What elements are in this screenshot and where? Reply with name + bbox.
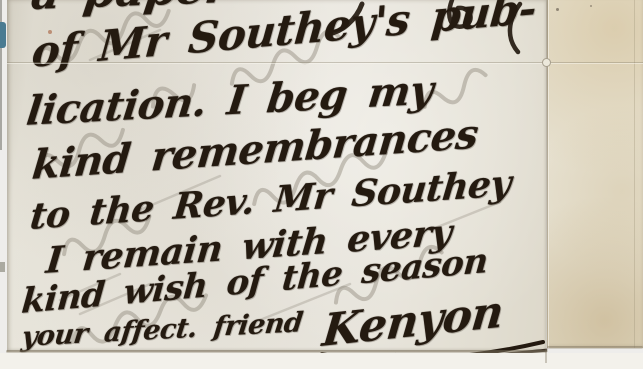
bottom-edge-notch bbox=[545, 349, 547, 363]
paper-speck bbox=[556, 8, 559, 11]
paper-speck bbox=[590, 5, 592, 7]
page-writing-area: a paper of Mr Southey's pub- lication. I… bbox=[0, 0, 547, 353]
fold-crease-highlight bbox=[548, 0, 549, 348]
ink-speck bbox=[48, 30, 52, 34]
bottom-paper-edge-right bbox=[547, 346, 643, 349]
manuscript-scan: a paper of Mr Southey's pub- lication. I… bbox=[0, 0, 643, 369]
bottom-paper-edge bbox=[6, 350, 547, 353]
pinhole bbox=[542, 58, 551, 67]
folded-right-panel bbox=[547, 0, 643, 348]
right-panel-crease bbox=[634, 0, 635, 348]
